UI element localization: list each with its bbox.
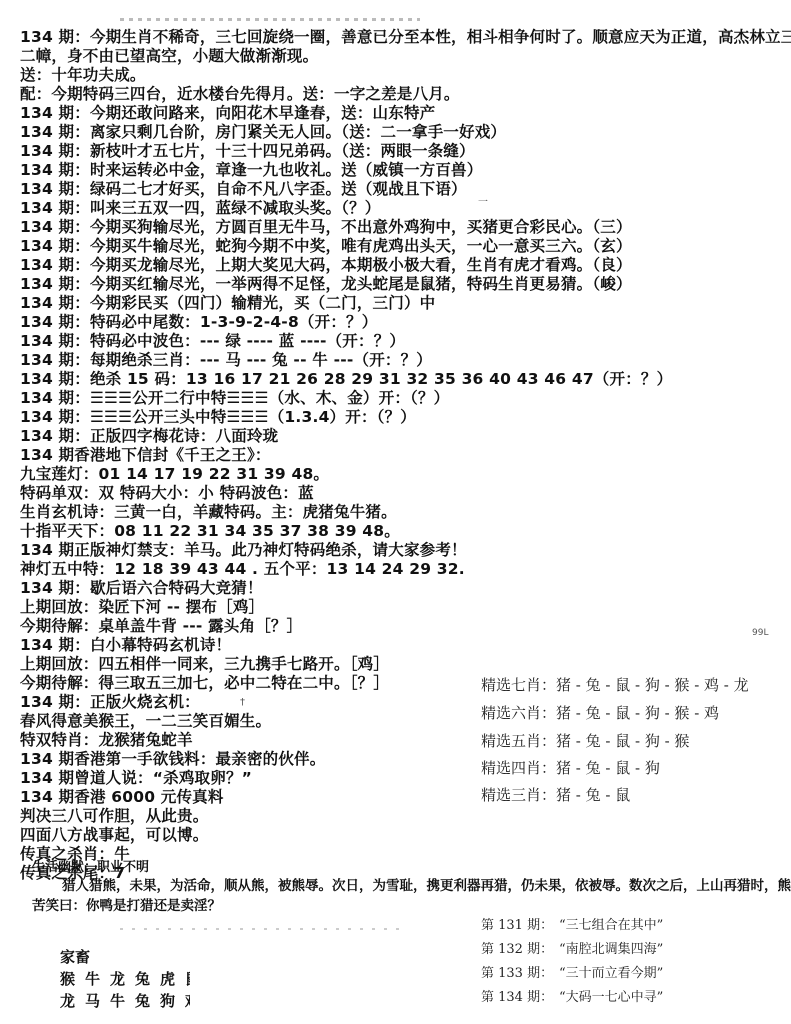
riddle-text: “大码一七心中寻” — [559, 990, 663, 1005]
humor-paragraph: 猎人猎熊，未果，为活命，顺从熊，被熊辱。次日，为雪耻，携更利器再猎，仍未果，依被… — [32, 876, 791, 916]
faded-dots-divider — [120, 928, 400, 930]
selection-value: 猪 - 兔 - 鼠 - 狗 - 猴 — [556, 732, 689, 750]
riddle-row: 第 134 期：“大码一七心中寻” — [481, 988, 663, 1008]
humor-title: 生活幽默：职业不明 — [32, 856, 149, 875]
stray-fire-mark: † — [240, 697, 245, 708]
selection-value: 猪 - 兔 - 鼠 - 狗 - 猴 - 鸡 - 龙 — [556, 676, 749, 694]
riddle-period-label: 第 131 期： — [481, 916, 559, 936]
riddle-row: 第 131 期：“三七组合在其中” — [481, 916, 663, 936]
newspaper-page: 134 期：今期生肖不稀奇，三七回旋绕一圈，善意已分至本性，相斗相争何时了。顺意… — [0, 0, 791, 1024]
riddle-period-label: 第 132 期： — [481, 940, 559, 960]
selection-value: 猪 - 兔 - 鼠 - 狗 — [556, 759, 660, 777]
selection-label: 精选七肖： — [481, 676, 556, 694]
selection-label: 精选四肖： — [481, 759, 556, 777]
livestock-row-2: 龙马牛兔狗鸡 — [60, 990, 190, 1011]
riddle-period-label: 第 134 期： — [481, 988, 559, 1008]
riddle-text: “南腔北调集四海” — [559, 942, 663, 957]
selection-row: 精选五肖：猪 - 兔 - 鼠 - 狗 - 猴 — [481, 730, 689, 752]
selection-row: 精选三肖：猪 - 兔 - 鼠 — [481, 784, 630, 806]
selection-label: 精选三肖： — [481, 786, 556, 804]
selection-row: 精选六肖：猪 - 兔 - 鼠 - 狗 - 猴 - 鸡 — [481, 702, 719, 724]
cropped-header-remnant — [120, 18, 420, 21]
selection-value: 猪 - 兔 - 鼠 - 狗 - 猴 - 鸡 — [556, 704, 719, 722]
riddle-period-label: 第 133 期： — [481, 964, 559, 984]
livestock-row-1: 猴牛龙兔虎鼠 — [60, 968, 190, 989]
selection-row: 精选七肖：猪 - 兔 - 鼠 - 狗 - 猴 - 鸡 - 龙 — [481, 674, 749, 696]
riddle-text: “三七组合在其中” — [559, 918, 663, 933]
riddle-text: “三十而立看今期” — [559, 966, 663, 981]
livestock-title: 家畜 — [60, 946, 90, 967]
riddle-row: 第 132 期：“南腔北调集四海” — [481, 940, 663, 960]
selection-row: 精选四肖：猪 - 兔 - 鼠 - 狗 — [481, 757, 660, 779]
selection-label: 精选五肖： — [481, 732, 556, 750]
riddle-row: 第 133 期：“三十而立看今期” — [481, 964, 663, 984]
humor-body: 猎人猎熊，未果，为活命，顺从熊，被熊辱。次日，为雪耻，携更利器再猎，仍未果，依被… — [32, 876, 791, 916]
stray-dash-mark: 一 — [478, 193, 488, 208]
selection-label: 精选六肖： — [481, 704, 556, 722]
stray-side-mark: 99L — [752, 628, 768, 638]
selection-value: 猪 - 兔 - 鼠 — [556, 786, 630, 804]
